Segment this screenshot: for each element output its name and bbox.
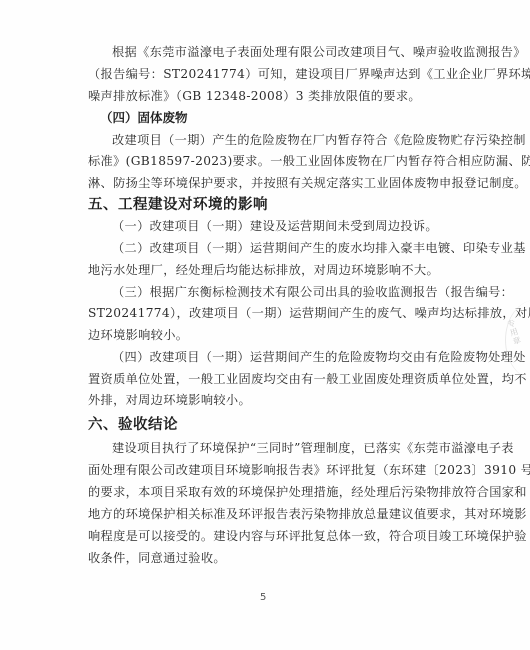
solid-waste-line: 改建项目（一期）产生的危险废物在厂内暂存符合《危险废物贮存污染控制 xyxy=(112,132,464,148)
section-heading-five: 五、工程建设对环境的影响 xyxy=(88,196,268,214)
subsection-title-solid-waste: （四）固体废物 xyxy=(100,110,188,126)
document-page: 根据《东莞市溢濠电子表面处理有限公司改建项目气、噪声验收监测报告》 （报告编号：… xyxy=(0,0,530,650)
section-five-item-line: （四）改建项目（一期）运营期间产生的危险废物均交由有危险废物处理处 xyxy=(112,349,464,365)
page-number: 5 xyxy=(260,592,266,603)
section-five-item-line: （三）根据广东衡标检测技术有限公司出具的验收监测报告（报告编号： xyxy=(112,284,464,300)
conclusion-line: 面处理有限公司改建项目环境影响报告表》环评批复（东环建〔2023〕3910 号） xyxy=(88,462,464,478)
conclusion-line: 的要求，本项目采取有效的环境保护处理措施，经处理后污染物排放符合国家和 xyxy=(88,484,464,500)
noise-paragraph-line: 噪声排放标准》（GB 12348-2008）3 类排放限值的要求。 xyxy=(88,88,464,104)
conclusion-line: 地方的环境保护相关标准及环评报告表污染物排放总量建议值要求，其对环境影 xyxy=(88,506,464,522)
section-five-item-line: （二）改建项目（一期）运营期间产生的废水均排入豪丰电镀、印染专业基 xyxy=(112,240,464,256)
section-five-item-line: 地污水处理厂，经处理后均能达标排放，对周边环境影响不大。 xyxy=(88,262,464,278)
section-five-item-line: 外排，对周边环境影响较小。 xyxy=(88,392,464,408)
section-five-item-line: 置资质单位处置，一般工业固废均交由有一般工业固废处理资质单位处置，均不 xyxy=(88,371,464,387)
conclusion-line: 收条件，同意通过验收。 xyxy=(88,550,464,566)
solid-waste-line: 淋、防扬尘等环境保护要求，并按照有关规定落实工业固体废物申报登记制度。 xyxy=(88,175,464,191)
solid-waste-line: 标准》(GB18597-2023)要求。一般工业固体废物在厂内暂存符合相应防漏、… xyxy=(88,153,464,169)
noise-paragraph-line: （报告编号：ST20241774）可知，建设项目厂界噪声达到《工业企业厂界环境 xyxy=(88,66,464,82)
section-five-item-line: （一）改建项目（一期）建设及运营期间未受到周边投诉。 xyxy=(112,218,464,234)
section-heading-six: 六、验收结论 xyxy=(88,416,178,434)
section-five-item-line: 边环境影响较小。 xyxy=(88,327,464,343)
noise-paragraph-line: 根据《东莞市溢濠电子表面处理有限公司改建项目气、噪声验收监测报告》 xyxy=(112,44,464,60)
section-five-item-line: ST20241774），改建项目（一期）运营期间产生的废气、噪声均达标排放，对周 xyxy=(88,305,464,321)
conclusion-line: 建设项目执行了环境保护“三同时”管理制度，已落实《东莞市溢濠电子表 xyxy=(112,440,464,456)
conclusion-line: 响程度是可以接受的。建设内容与环评批复总体一致，符合项目竣工环境保护验 xyxy=(88,528,464,544)
